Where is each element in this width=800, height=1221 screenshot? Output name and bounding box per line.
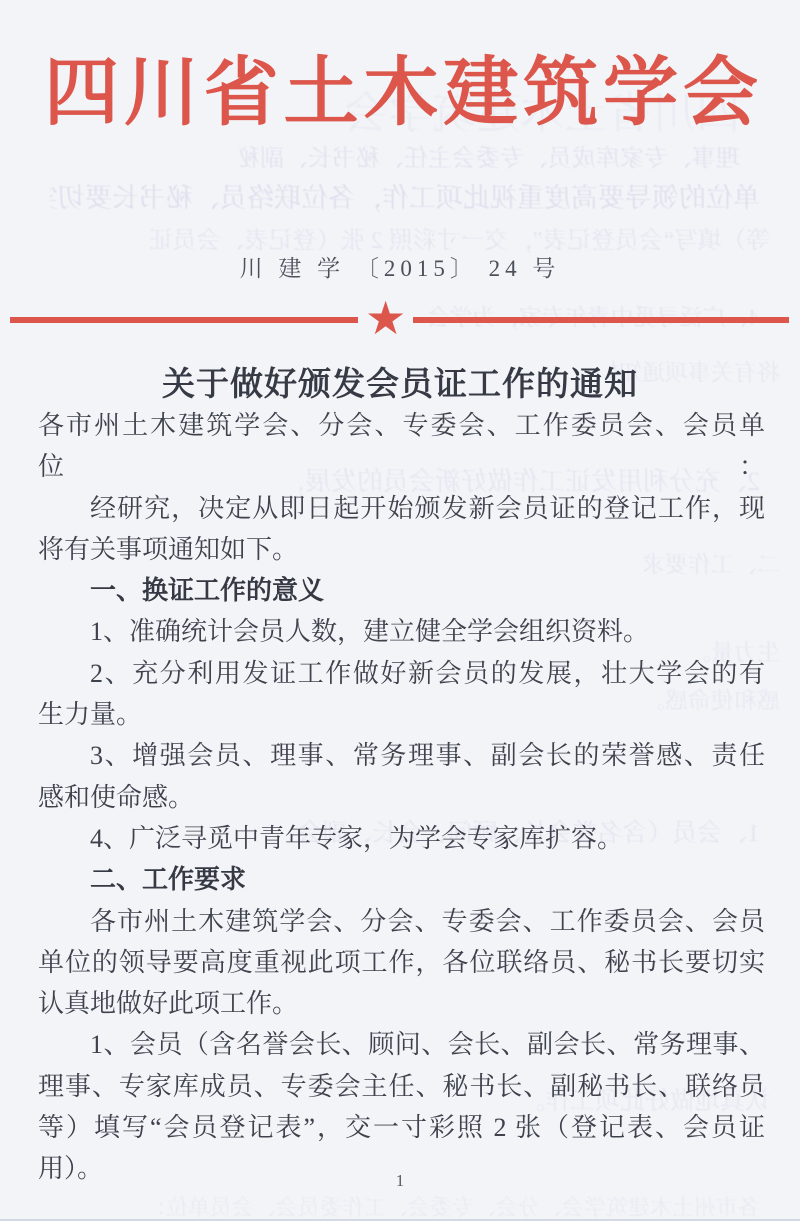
body-line: 各市州土木建筑学会、分会、专委会、工作委员会、会员 xyxy=(38,901,765,942)
body-line: 各市州土木建筑学会、分会、专委会、工作委员会、会员单位： xyxy=(38,405,765,488)
body-line: 3、增强会员、理事、常务理事、副会长的荣誉感、责任 xyxy=(38,735,765,776)
bleed-through-text: 单位的领导要高度重视此项工作，各位联络员、秘书长要切实 xyxy=(50,184,760,214)
star-icon: ★ xyxy=(365,302,406,336)
body-line: 二、工作要求 xyxy=(38,859,765,900)
doc-number: 川 建 学 〔2015〕 24 号 xyxy=(0,250,800,283)
body-line: 等）填写“会员登记表”，交一寸彩照 2 张（登记表、会员证 xyxy=(38,1107,765,1148)
body-line: 1、会员（含名誉会长、顾问、会长、副会长、常务理事、 xyxy=(38,1024,765,1065)
divider-line-left xyxy=(10,317,358,323)
body-line: 经研究，决定从即日起开始颁发新会员证的登记工作，现 xyxy=(38,488,765,529)
bleed-through-text: 理事、专家库成员、专委会主任、秘书长、副秘书长、联络员 xyxy=(240,146,740,172)
body-line: 一、换证工作的意义 xyxy=(38,570,765,611)
page-number: 1 xyxy=(0,1171,800,1191)
notice-title: 关于做好颁发会员证工作的通知 xyxy=(0,358,800,405)
body-line: 感和使命感。 xyxy=(38,777,765,818)
body-line: 4、广泛寻觅中青年专家，为学会专家库扩容。 xyxy=(38,818,765,859)
red-divider: ★ xyxy=(10,303,789,337)
notice-body: 各市州土木建筑学会、分会、专委会、工作委员会、会员单位： 经研究，决定从即日起开… xyxy=(38,405,765,1190)
org-title: 四川省土木建筑学会 xyxy=(0,44,800,144)
document-page: 四川省土木建筑学会 理事、专家库成员、专委会主任、秘书长、副秘书长、联络员 单位… xyxy=(0,0,800,1221)
divider-line-right xyxy=(413,317,789,323)
bleed-through-text: 各市州土木建筑学会、分会、专委会、工作委员会、会员单位： xyxy=(60,1196,760,1220)
body-line: 生力量。 xyxy=(38,694,765,735)
body-line: 1、准确统计会员人数，建立健全学会组织资料。 xyxy=(38,611,765,652)
body-line: 理事、专家库成员、专委会主任、秘书长、副秘书长、联络员 xyxy=(38,1066,765,1107)
body-line: 将有关事项通知如下。 xyxy=(38,529,765,570)
body-line: 2、充分利用发证工作做好新会员的发展，壮大学会的有 xyxy=(38,653,765,694)
body-line: 单位的领导要高度重视此项工作，各位联络员、秘书长要切实 xyxy=(38,942,765,983)
body-line: 认真地做好此项工作。 xyxy=(38,983,765,1024)
